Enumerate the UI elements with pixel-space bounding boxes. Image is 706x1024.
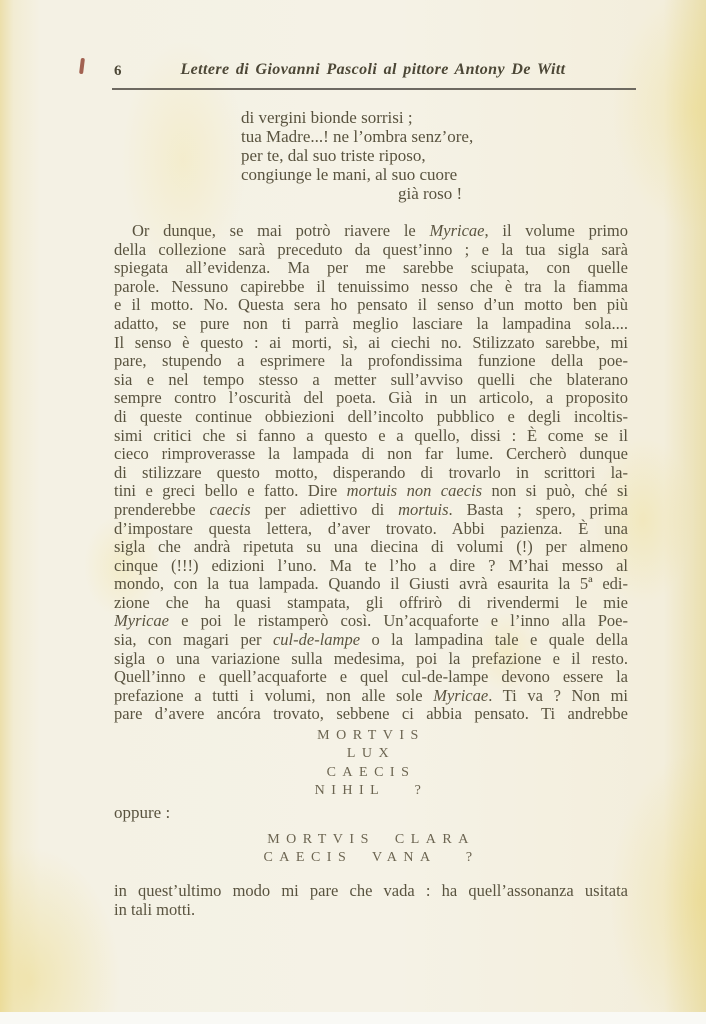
letter-line: sia e nel tempo stesso a metter sull’avv… — [114, 371, 628, 390]
text-run: di stilizzare questo motto, disperando d… — [114, 463, 628, 482]
letter-line: zione che ha quasi stampata, gli offrirò… — [114, 594, 628, 613]
text-run: cieco rimproverasse la lampada di non fa… — [114, 444, 628, 463]
text-run: pare, stupendo a esprimere la profondiss… — [114, 351, 628, 370]
text-run: tini e greci bello e fatto. Dire — [114, 481, 347, 500]
text-run: e poi le ristamperò così. Un’acquaforte … — [169, 611, 628, 630]
motto-line: CAECIS VANA ? — [114, 849, 628, 867]
page-number: 6 — [114, 61, 122, 81]
poem-excerpt: di vergini bionde sorrisi ;tua Madre...!… — [241, 108, 601, 203]
letter-line: simi critici che si fanno a questo e a q… — [114, 427, 628, 446]
letter-line: Quell’inno e quell’acquaforte e quel cul… — [114, 668, 628, 687]
closing-line: in quest’ultimo modo mi pare che vada : … — [114, 882, 628, 901]
motto-second: MORTVIS CLARACAECIS VANA ? — [114, 831, 628, 868]
text-run: di queste continue obbiezioni dell’incol… — [114, 407, 628, 426]
letter-line: sigla che andrà ripetuta su una diecina … — [114, 538, 628, 557]
poem-line: di vergini bionde sorrisi ; — [241, 108, 601, 127]
text-run: della collezione sarà preceduto da quest… — [114, 240, 628, 259]
letter-line: cieco rimproverasse la lampada di non fa… — [114, 445, 628, 464]
poem-line: già roso ! — [398, 184, 601, 203]
letter-line: sia, con magari per cul-de-lampe o la la… — [114, 631, 628, 650]
motto-first: MORTVISLUXCAECISNIHIL ? — [114, 727, 628, 801]
italic-text-run: Myricae — [433, 686, 488, 705]
text-run: prefazione a tutti i volumi, non alle so… — [114, 686, 433, 705]
text-run: , il volume primo — [484, 221, 628, 240]
poem-line: tua Madre...! ne l’ombra senz’ore, — [241, 127, 601, 146]
text-run: prenderebbe — [114, 500, 209, 519]
letter-line: pare, stupendo a esprimere la profondiss… — [114, 352, 628, 371]
text-run: Il senso è questo : ai morti, sì, ai cie… — [114, 333, 628, 352]
text-run: zione che ha quasi stampata, gli offrirò… — [114, 593, 628, 612]
text-run: sia, con magari per — [114, 630, 273, 649]
text-run: non si può, ché si — [482, 481, 628, 500]
poem-line: per te, dal suo triste riposo, — [241, 146, 601, 165]
letter-body: Or dunque, se mai potrò riavere le Myric… — [114, 222, 628, 724]
motto-line: LUX — [114, 745, 628, 763]
motto-line: MORTVIS — [114, 727, 628, 745]
letter-line: sigla o una variazione sulla medesima, p… — [114, 650, 628, 669]
text-run: Quell’inno e quell’acquaforte e quel cul… — [114, 667, 628, 686]
closing-paragraph: in quest’ultimo modo mi pare che vada : … — [114, 882, 628, 919]
book-page-scan: 6 Lettere di Giovanni Pascoli al pittore… — [0, 0, 706, 1012]
motto-line: NIHIL ? — [114, 782, 628, 800]
letter-line: parole. Nessuno capirebbe il tenuissimo … — [114, 278, 628, 297]
text-run: sempre contro l’oscurità del poeta. Già … — [114, 388, 628, 407]
text-run: pare d’avere ancóra trovato, sebbene ci … — [114, 704, 628, 723]
italic-text-run: cul-de-lampe — [273, 630, 360, 649]
scanned-book-page: { "page": { "number": "6", "running_titl… — [0, 0, 706, 1024]
letter-line: prenderebbe caecis per adiettivo di mort… — [114, 501, 628, 520]
text-run: in quest’ultimo modo mi pare che vada : … — [114, 881, 628, 900]
text-run: . Basta ; spero, prima — [449, 500, 628, 519]
letter-line: pare d’avere ancóra trovato, sebbene ci … — [114, 705, 628, 724]
letter-line: di queste continue obbiezioni dell’incol… — [114, 408, 628, 427]
closing-line: in tali motti. — [114, 901, 628, 920]
text-run: adatto, se pure non ti parrà meglio lasc… — [114, 314, 628, 333]
text-run: d’impostare questa lettera, d’aver trova… — [114, 519, 628, 538]
text-run: sia e nel tempo stesso a metter sull’avv… — [114, 370, 628, 389]
letter-line: di stilizzare questo motto, disperando d… — [114, 464, 628, 483]
letter-line: Or dunque, se mai potrò riavere le Myric… — [114, 222, 628, 241]
text-run: per adiettivo di — [251, 500, 398, 519]
letter-line: spiegata all’evidenza. Ma per me sarebbe… — [114, 259, 628, 278]
page-header: 6 Lettere di Giovanni Pascoli al pittore… — [112, 60, 634, 82]
italic-text-run: caecis — [209, 500, 250, 519]
italic-text-run: Myricae — [430, 221, 485, 240]
letter-line: prefazione a tutti i volumi, non alle so… — [114, 687, 628, 706]
text-run: sigla o una variazione sulla medesima, p… — [114, 649, 628, 668]
italic-text-run: mortuis non caecis — [347, 481, 482, 500]
text-run: . Ti va ? Non mi — [488, 686, 628, 705]
oppure-label: oppure : — [114, 803, 170, 823]
letter-line: tini e greci bello e fatto. Dire mortuis… — [114, 482, 628, 501]
italic-text-run: Myricae — [114, 611, 169, 630]
text-run: parole. Nessuno capirebbe il tenuissimo … — [114, 277, 628, 296]
text-run: e il motto. No. Questa sera ho pensato i… — [114, 295, 628, 314]
letter-line: Myricae e poi le ristamperò così. Un’acq… — [114, 612, 628, 631]
letter-line: adatto, se pure non ti parrà meglio lasc… — [114, 315, 628, 334]
ink-stain-mark — [79, 58, 85, 74]
motto-line: MORTVIS CLARA — [114, 831, 628, 849]
text-run: cinque (!!!) edizioni l’uno. Ma te l’ho … — [114, 556, 628, 575]
text-run: spiegata all’evidenza. Ma per me sarebbe… — [114, 258, 628, 277]
letter-line: cinque (!!!) edizioni l’uno. Ma te l’ho … — [114, 557, 628, 576]
letter-line: mondo, con la tua lampada. Quando il Giu… — [114, 575, 628, 594]
letter-line: e il motto. No. Questa sera ho pensato i… — [114, 296, 628, 315]
motto-line: CAECIS — [114, 764, 628, 782]
italic-text-run: mortuis — [398, 500, 448, 519]
letter-line: sempre contro l’oscurità del poeta. Già … — [114, 389, 628, 408]
text-run: Or dunque, se mai potrò riavere le — [132, 221, 430, 240]
text-run: in tali motti. — [114, 900, 195, 919]
letter-line: della collezione sarà preceduto da quest… — [114, 241, 628, 260]
poem-line: congiunge le mani, al suo cuore — [241, 165, 601, 184]
text-run: sigla che andrà ripetuta su una diecina … — [114, 537, 628, 556]
text-run: mondo, con la tua lampada. Quando il Giu… — [114, 574, 628, 593]
header-rule — [112, 88, 636, 90]
letter-line: d’impostare questa lettera, d’aver trova… — [114, 520, 628, 539]
running-title: Lettere di Giovanni Pascoli al pittore A… — [112, 60, 634, 80]
letter-line: Il senso è questo : ai morti, sì, ai cie… — [114, 334, 628, 353]
text-run: simi critici che si fanno a questo e a q… — [114, 426, 628, 445]
text-run: o la lampadina tale e quale della — [360, 630, 628, 649]
